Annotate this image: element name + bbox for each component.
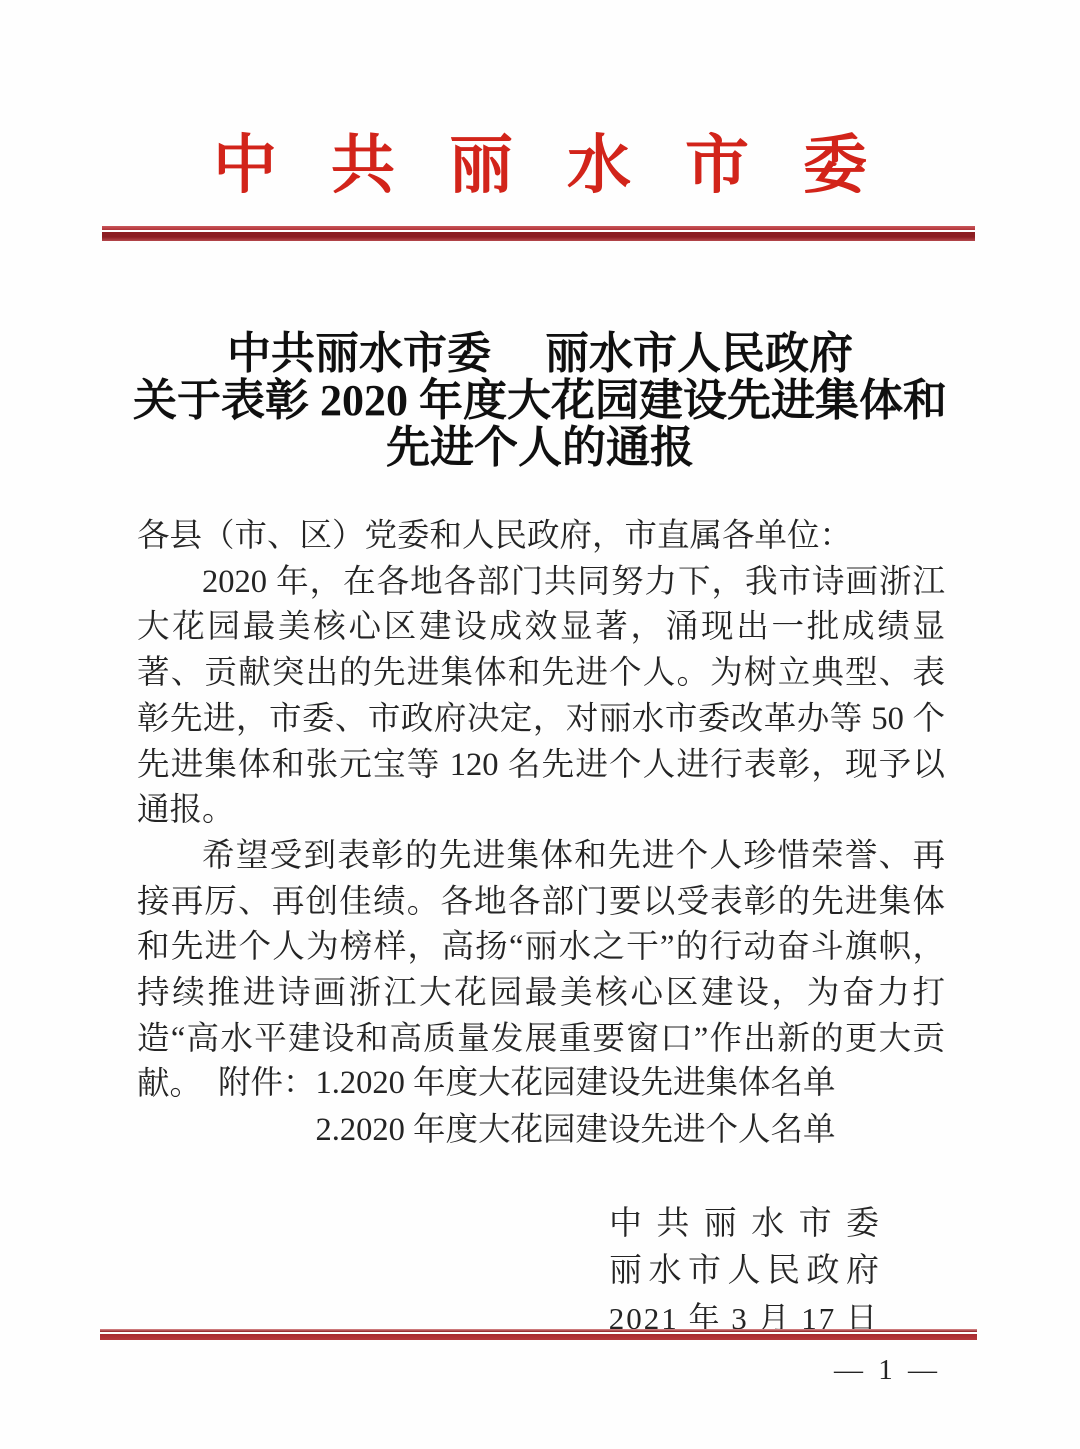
document-body: 各县（市、区）党委和人民政府，市直属各单位： 2020 年，在各地各部门共同努力… [137, 514, 945, 1108]
document-page: 中共丽水市委 中共丽水市委丽水市人民政府 关于表彰 2020 年度大花园建设先进… [0, 0, 1080, 1449]
body-paragraph-1: 2020 年，在各地各部门共同努力下，我市诗画浙江大花园最美核心区建设成效显著，… [137, 560, 945, 834]
document-title: 中共丽水市委丽水市人民政府 关于表彰 2020 年度大花园建设先进集体和 先进个… [0, 330, 1080, 471]
attachment-item-2: 2.2020 年度大花园建设先进个人名单 [316, 1107, 836, 1154]
letterhead-org-name: 中共丽水市委 [213, 126, 921, 206]
attachments-label: 附件： [218, 1060, 316, 1154]
signature-org-2: 丽水市人民政府 [609, 1248, 879, 1295]
attachment-item-1: 1.2020 年度大花园建设先进集体名单 [316, 1060, 836, 1107]
footer-divider [100, 1329, 977, 1340]
attachments-list: 1.2020 年度大花园建设先进集体名单 2.2020 年度大花园建设先进个人名… [316, 1060, 836, 1154]
signature-org-1: 中共丽水市委 [609, 1201, 879, 1248]
document-title-line3: 先进个人的通报 [0, 424, 1080, 471]
letterhead-divider [102, 226, 975, 241]
document-title-org2: 丽水市人民政府 [545, 329, 853, 378]
document-title-line1: 中共丽水市委丽水市人民政府 [0, 330, 1080, 377]
document-title-org1: 中共丽水市委 [227, 329, 491, 378]
letterhead-divider-bottom-line [102, 232, 975, 241]
attachments-block: 附件： 1.2020 年度大花园建设先进集体名单 2.2020 年度大花园建设先… [218, 1060, 836, 1154]
page-number: — 1 — [834, 1354, 941, 1387]
signature-block: 中共丽水市委 丽水市人民政府 2021 年 3 月 17 日 [609, 1201, 879, 1342]
footer-divider-bottom-line [100, 1334, 977, 1340]
document-title-line2: 关于表彰 2020 年度大花园建设先进集体和 [0, 377, 1080, 424]
letterhead: 中共丽水市委 [0, 126, 1080, 206]
salutation-line: 各县（市、区）党委和人民政府，市直属各单位： [137, 514, 945, 560]
